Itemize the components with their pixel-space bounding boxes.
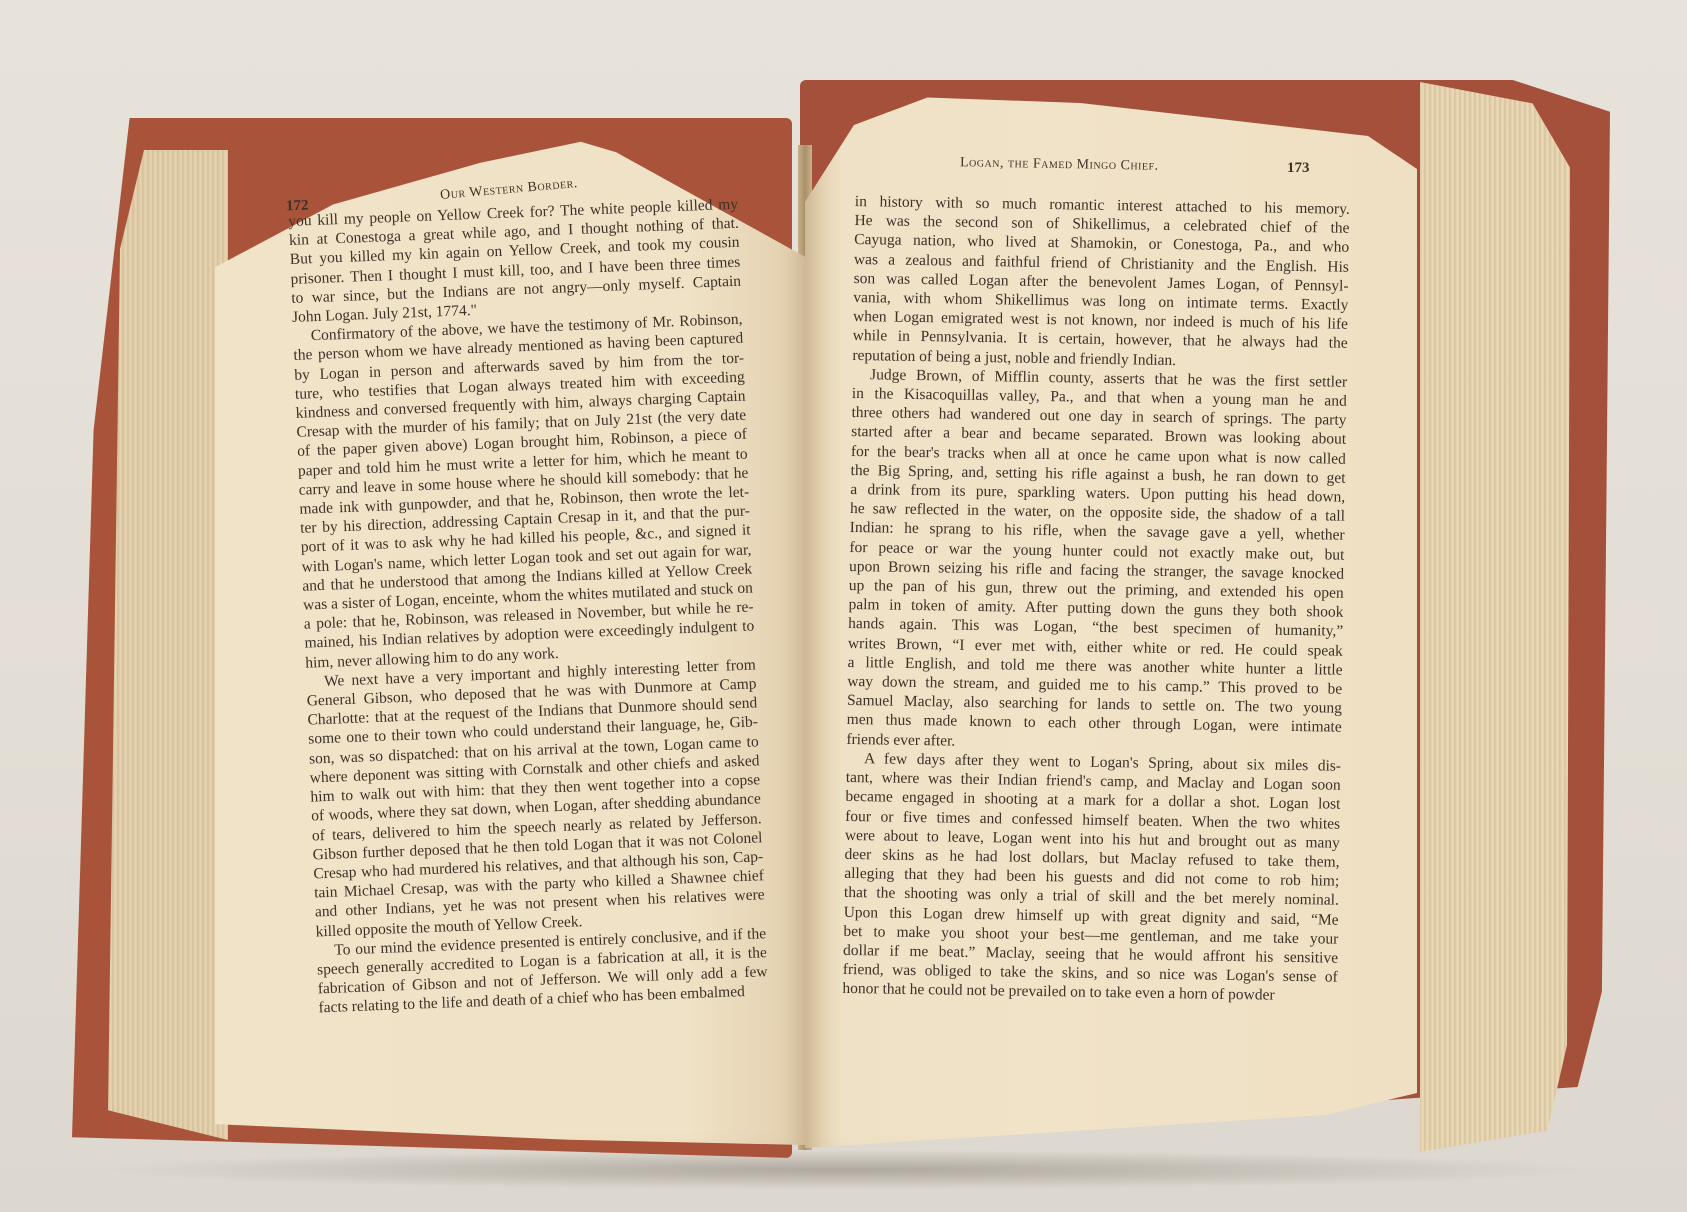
right-page-number: 173: [1287, 160, 1310, 177]
page-edges-right: [1420, 82, 1570, 1152]
right-page-body: in history with so much romantic interes…: [842, 192, 1350, 1006]
right-running-head: Logan, the Famed Mingo Chief.: [960, 155, 1159, 174]
book-shadow: [90, 1150, 1600, 1190]
page-edges-left: [108, 150, 228, 1140]
left-page-body: you kill my people on Yellow Creek for? …: [288, 195, 769, 1018]
